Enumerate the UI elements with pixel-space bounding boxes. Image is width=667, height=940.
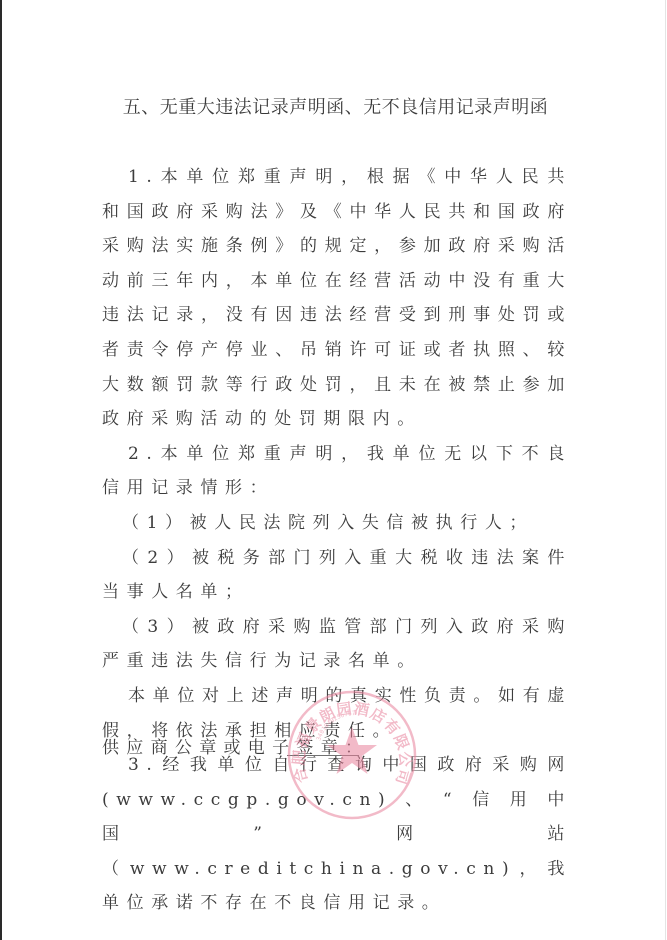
paragraph-clause-2: 2.本单位郑重声明，我单位无以下不良信用记录情形：	[102, 437, 572, 506]
paragraph-item-1: （1）被人民法院列入失信被执行人；	[102, 506, 572, 541]
document-title: 五、无重大违法记录声明函、无不良信用记录声明函	[2, 96, 667, 120]
paragraph-clause-1: 1.本单位郑重声明，根据《中华人民共和国政府采购法》及《中华人民共和国政府采购法…	[102, 160, 572, 437]
paragraph-item-3: （3）被政府采购监管部门列入政府采购严重违法失信行为记录名单。	[102, 610, 572, 679]
document-page: 五、无重大违法记录声明函、无不良信用记录声明函 1.本单位郑重声明，根据《中华人…	[0, 0, 667, 940]
company-seal: 合肥福景朗园酒店有限公司 3401040256767	[286, 689, 418, 821]
seal-graphic: 合肥福景朗园酒店有限公司 3401040256767	[286, 689, 418, 821]
paragraph-item-2: （2）被税务部门列入重大税收违法案件当事人名单；	[102, 541, 572, 610]
page-edge	[665, 0, 666, 940]
star-icon	[327, 727, 377, 774]
